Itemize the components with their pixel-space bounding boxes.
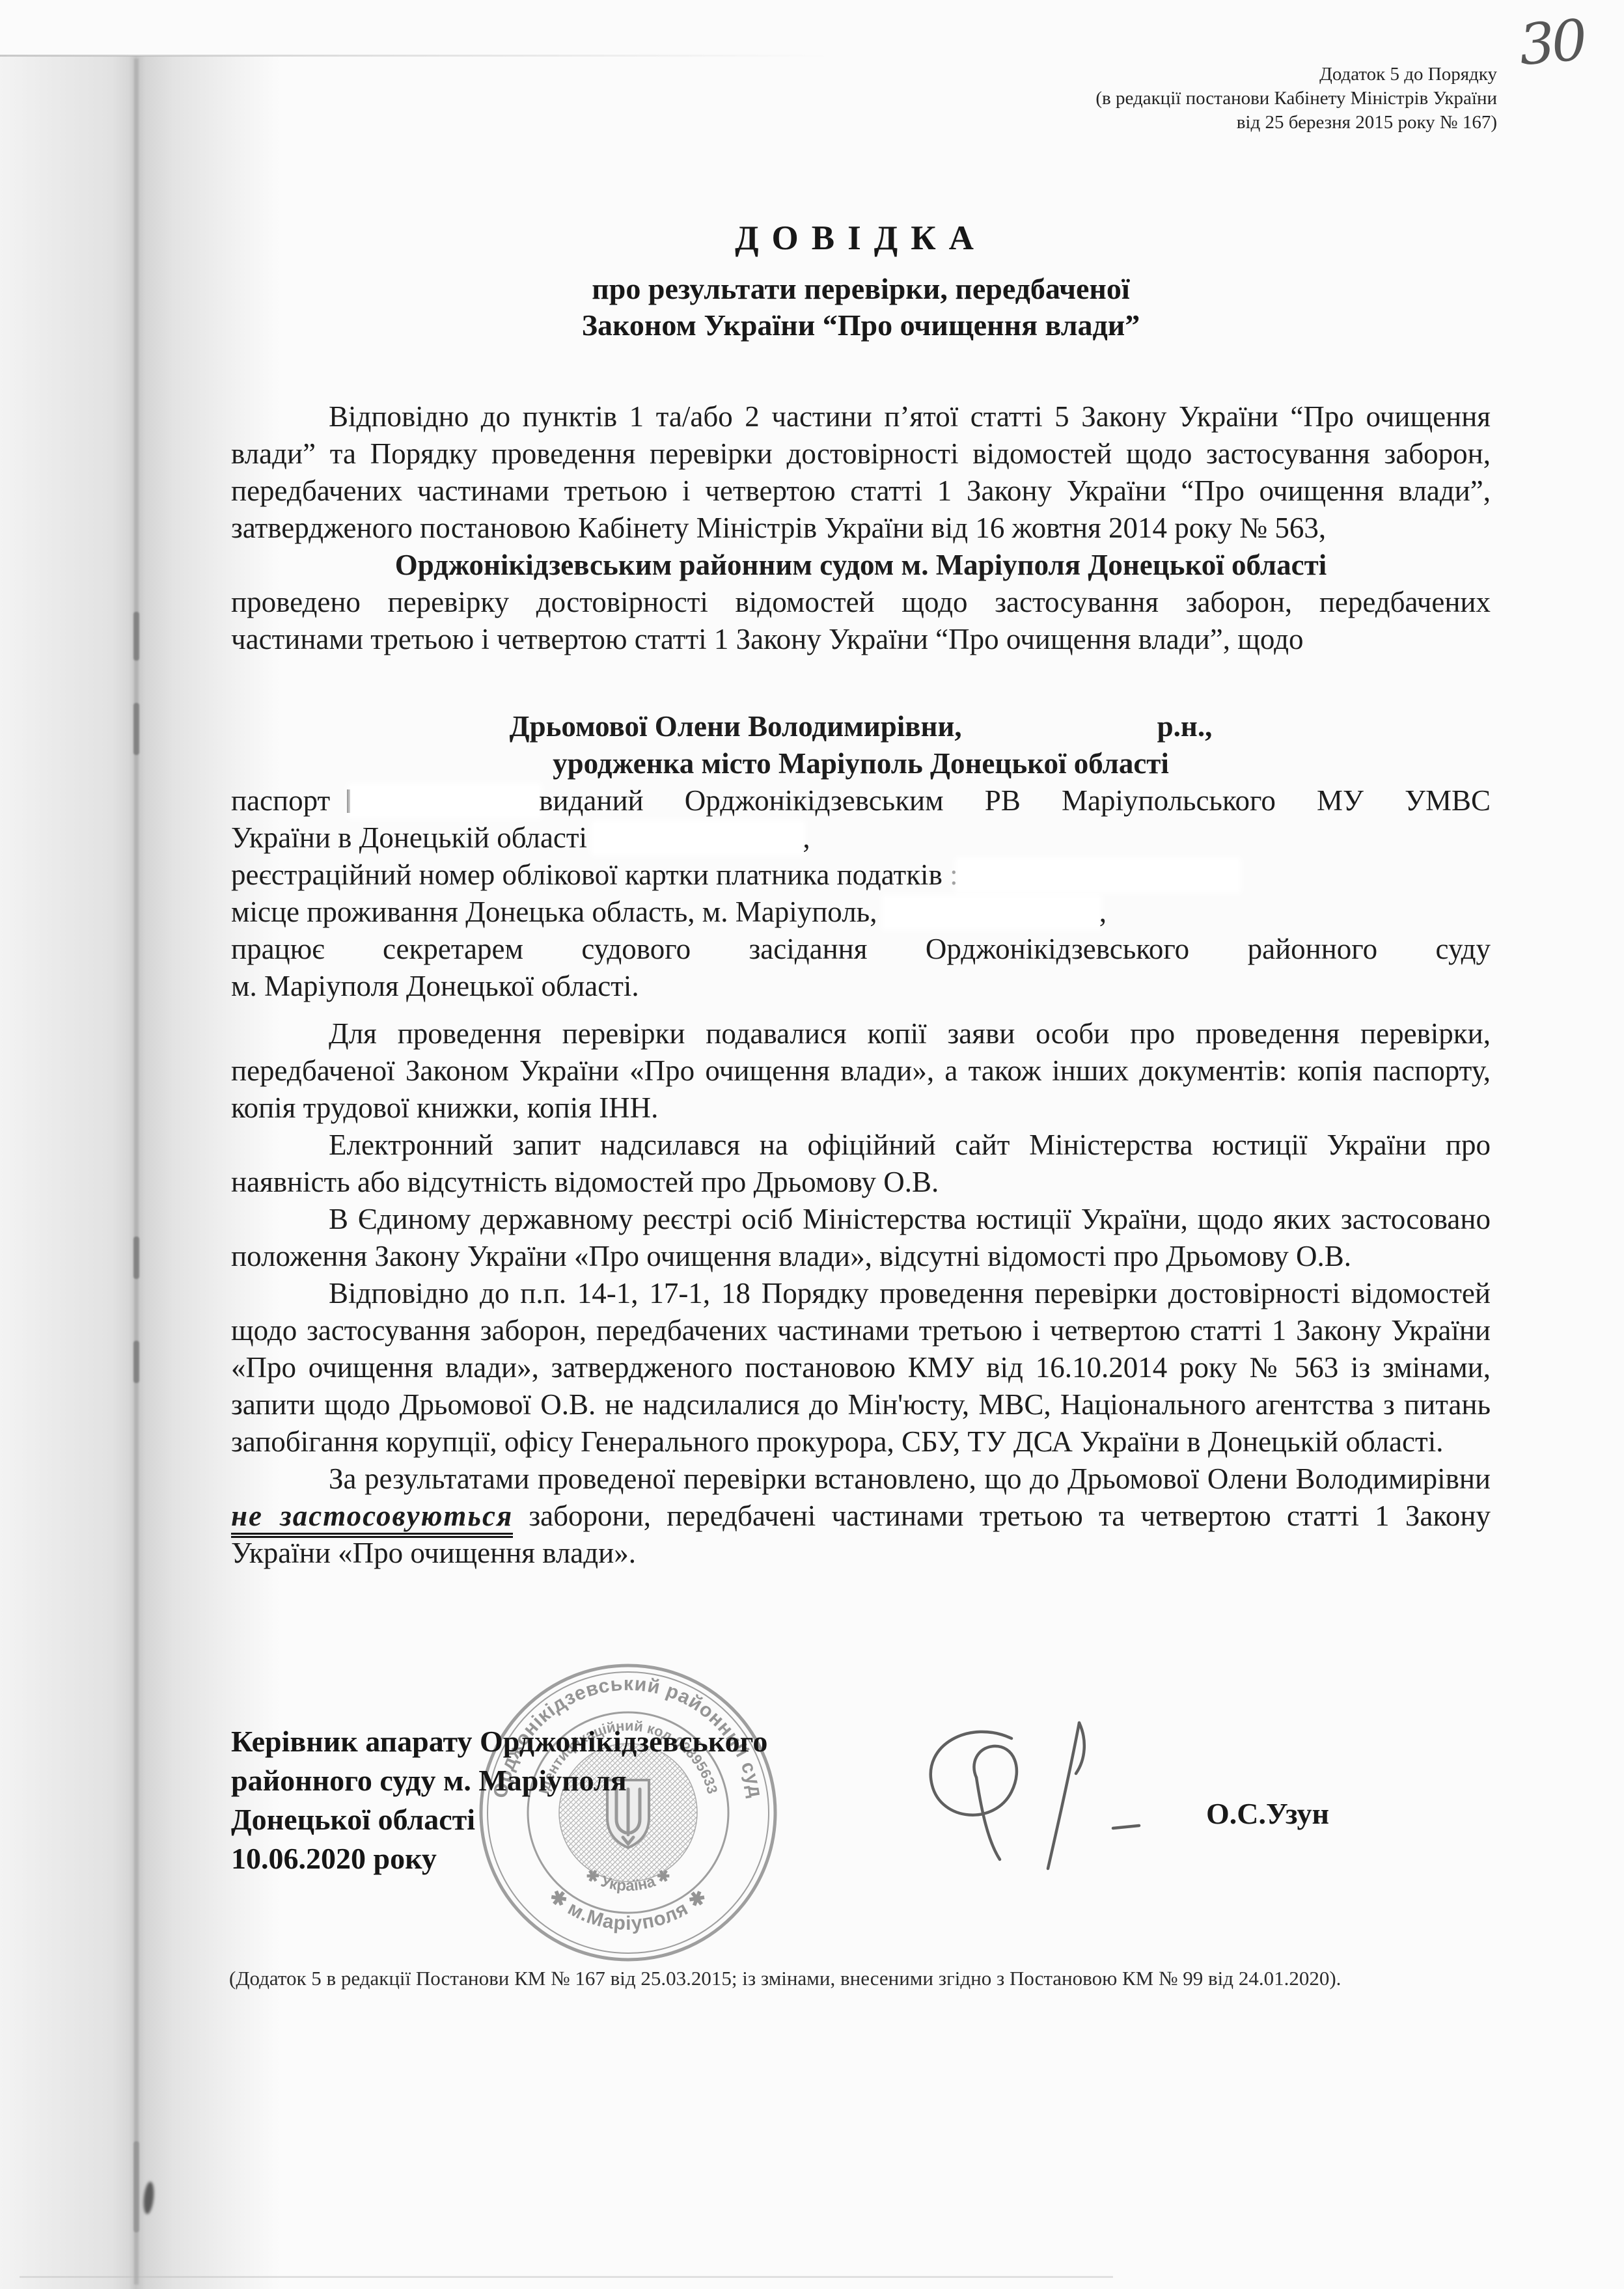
- person-name-line: Дрьомової Олени Володимирівни,р.н.,: [231, 708, 1491, 745]
- conclusion-pre: За результатами проведеної перевірки вст…: [329, 1462, 1491, 1495]
- document-subtitle: Законом України “Про очищення влади”: [231, 307, 1491, 344]
- annex-line: від 25 березня 2015 року № 167): [1012, 111, 1497, 135]
- redaction-tax-number: [958, 860, 1238, 890]
- scan-artifact-dash: [133, 1341, 139, 1383]
- paragraph-check-performed: проведено перевірку достовірності відомо…: [231, 584, 1491, 658]
- annex-line: Додаток 5 до Порядку: [1012, 62, 1497, 87]
- paragraph-conclusion: За результатами проведеної перевірки вст…: [231, 1460, 1491, 1572]
- document-title: ДОВІДКА: [231, 219, 1491, 258]
- not-applied-emphasis: не застосовуються: [231, 1500, 513, 1538]
- scan-fold-line: [134, 59, 139, 2284]
- signatory-title-line: Донецької області: [231, 1800, 767, 1839]
- document-title-block: ДОВІДКА про результати перевірки, передб…: [231, 219, 1491, 344]
- passport-issued-by: виданий Орджонікідзевським РВ Маріупольс…: [539, 784, 1491, 817]
- paragraph-registry: В Єдиному державному реєстрі осіб Мініст…: [231, 1201, 1491, 1275]
- annex-line: (в редакції постанови Кабінету Міністрів…: [1012, 87, 1497, 111]
- passport-region: України в Донецькій області: [231, 821, 587, 854]
- person-name: Дрьомової Олени Володимирівни,: [510, 710, 962, 743]
- redaction-passport-number: [350, 786, 539, 816]
- faded-colon: :: [950, 858, 958, 891]
- comma: ,: [803, 821, 810, 854]
- birth-suffix: р.н.,: [1157, 710, 1213, 743]
- document-page: 30 Додаток 5 до Порядку (в редакції пост…: [0, 0, 1624, 2289]
- passport-label: паспорт: [231, 784, 330, 817]
- job-line: працює секретарем судового засідання Орд…: [231, 931, 1491, 968]
- job-line-2: м. Маріуполя Донецької області.: [231, 968, 1491, 1005]
- scan-artifact-dash: [133, 2141, 139, 2232]
- redaction-issue-date: [594, 823, 803, 853]
- footer-note: (Додаток 5 в редакції Постанови КМ № 167…: [229, 1967, 1472, 1990]
- signatory-title-line: районного суду м. Маріуполя: [231, 1761, 767, 1800]
- tax-number-label: реєстраційний номер облікової картки пла…: [231, 858, 943, 891]
- comma: ,: [1099, 896, 1107, 928]
- redaction-address: [885, 898, 1099, 927]
- annex-reference: Додаток 5 до Порядку (в редакції постано…: [1012, 62, 1497, 135]
- passport-line: паспортвиданий Орджонікідзевським РВ Мар…: [231, 782, 1491, 819]
- passport-region-line: України в Донецькій області ,: [231, 819, 1491, 857]
- scan-artifact-dash: [133, 1237, 139, 1279]
- signature-date: 10.06.2020 року: [231, 1839, 767, 1878]
- tax-number-line: реєстраційний номер облікової картки пла…: [231, 857, 1491, 894]
- paragraph-electronic-request: Електронний запит надсилався на офіційни…: [231, 1127, 1491, 1201]
- person-origin-line: уродженка місто Маріуполь Донецької обла…: [231, 745, 1491, 782]
- handwritten-page-number: 30: [1517, 8, 1587, 78]
- paragraph-submitted-copies: Для проведення перевірки подавалися копі…: [231, 1015, 1491, 1127]
- personal-data-block: паспортвиданий Орджонікідзевським РВ Мар…: [231, 782, 1491, 1005]
- scan-top-edge: [0, 55, 976, 57]
- paragraph-legal-basis: Відповідно до пунктів 1 та/або 2 частини…: [231, 398, 1491, 547]
- scan-artifact-dash: [133, 612, 139, 661]
- scan-bottom-edge: [20, 2276, 1113, 2278]
- signatory-title-block: Керівник апарату Орджонікідзевського рай…: [231, 1722, 767, 1878]
- signer-name: О.С.Узун: [1206, 1796, 1329, 1831]
- paragraph-procedure-items: Відповідно до п.п. 14-1, 17-1, 18 Порядк…: [231, 1275, 1491, 1460]
- document-subtitle: про результати перевірки, передбаченої: [231, 271, 1491, 307]
- signature-scribble: [884, 1714, 1157, 1876]
- signatory-title-line: Керівник апарату Орджонікідзевського: [231, 1722, 767, 1761]
- document-body: Відповідно до пунктів 1 та/або 2 частини…: [231, 398, 1491, 1572]
- scan-artifact-dash: [133, 703, 139, 755]
- court-name-line: Орджонікідзевським районним судом м. Мар…: [231, 547, 1491, 584]
- residence-line: місце проживання Донецька область, м. Ма…: [231, 894, 1491, 931]
- residence-label: місце проживання Донецька область, м. Ма…: [231, 896, 877, 928]
